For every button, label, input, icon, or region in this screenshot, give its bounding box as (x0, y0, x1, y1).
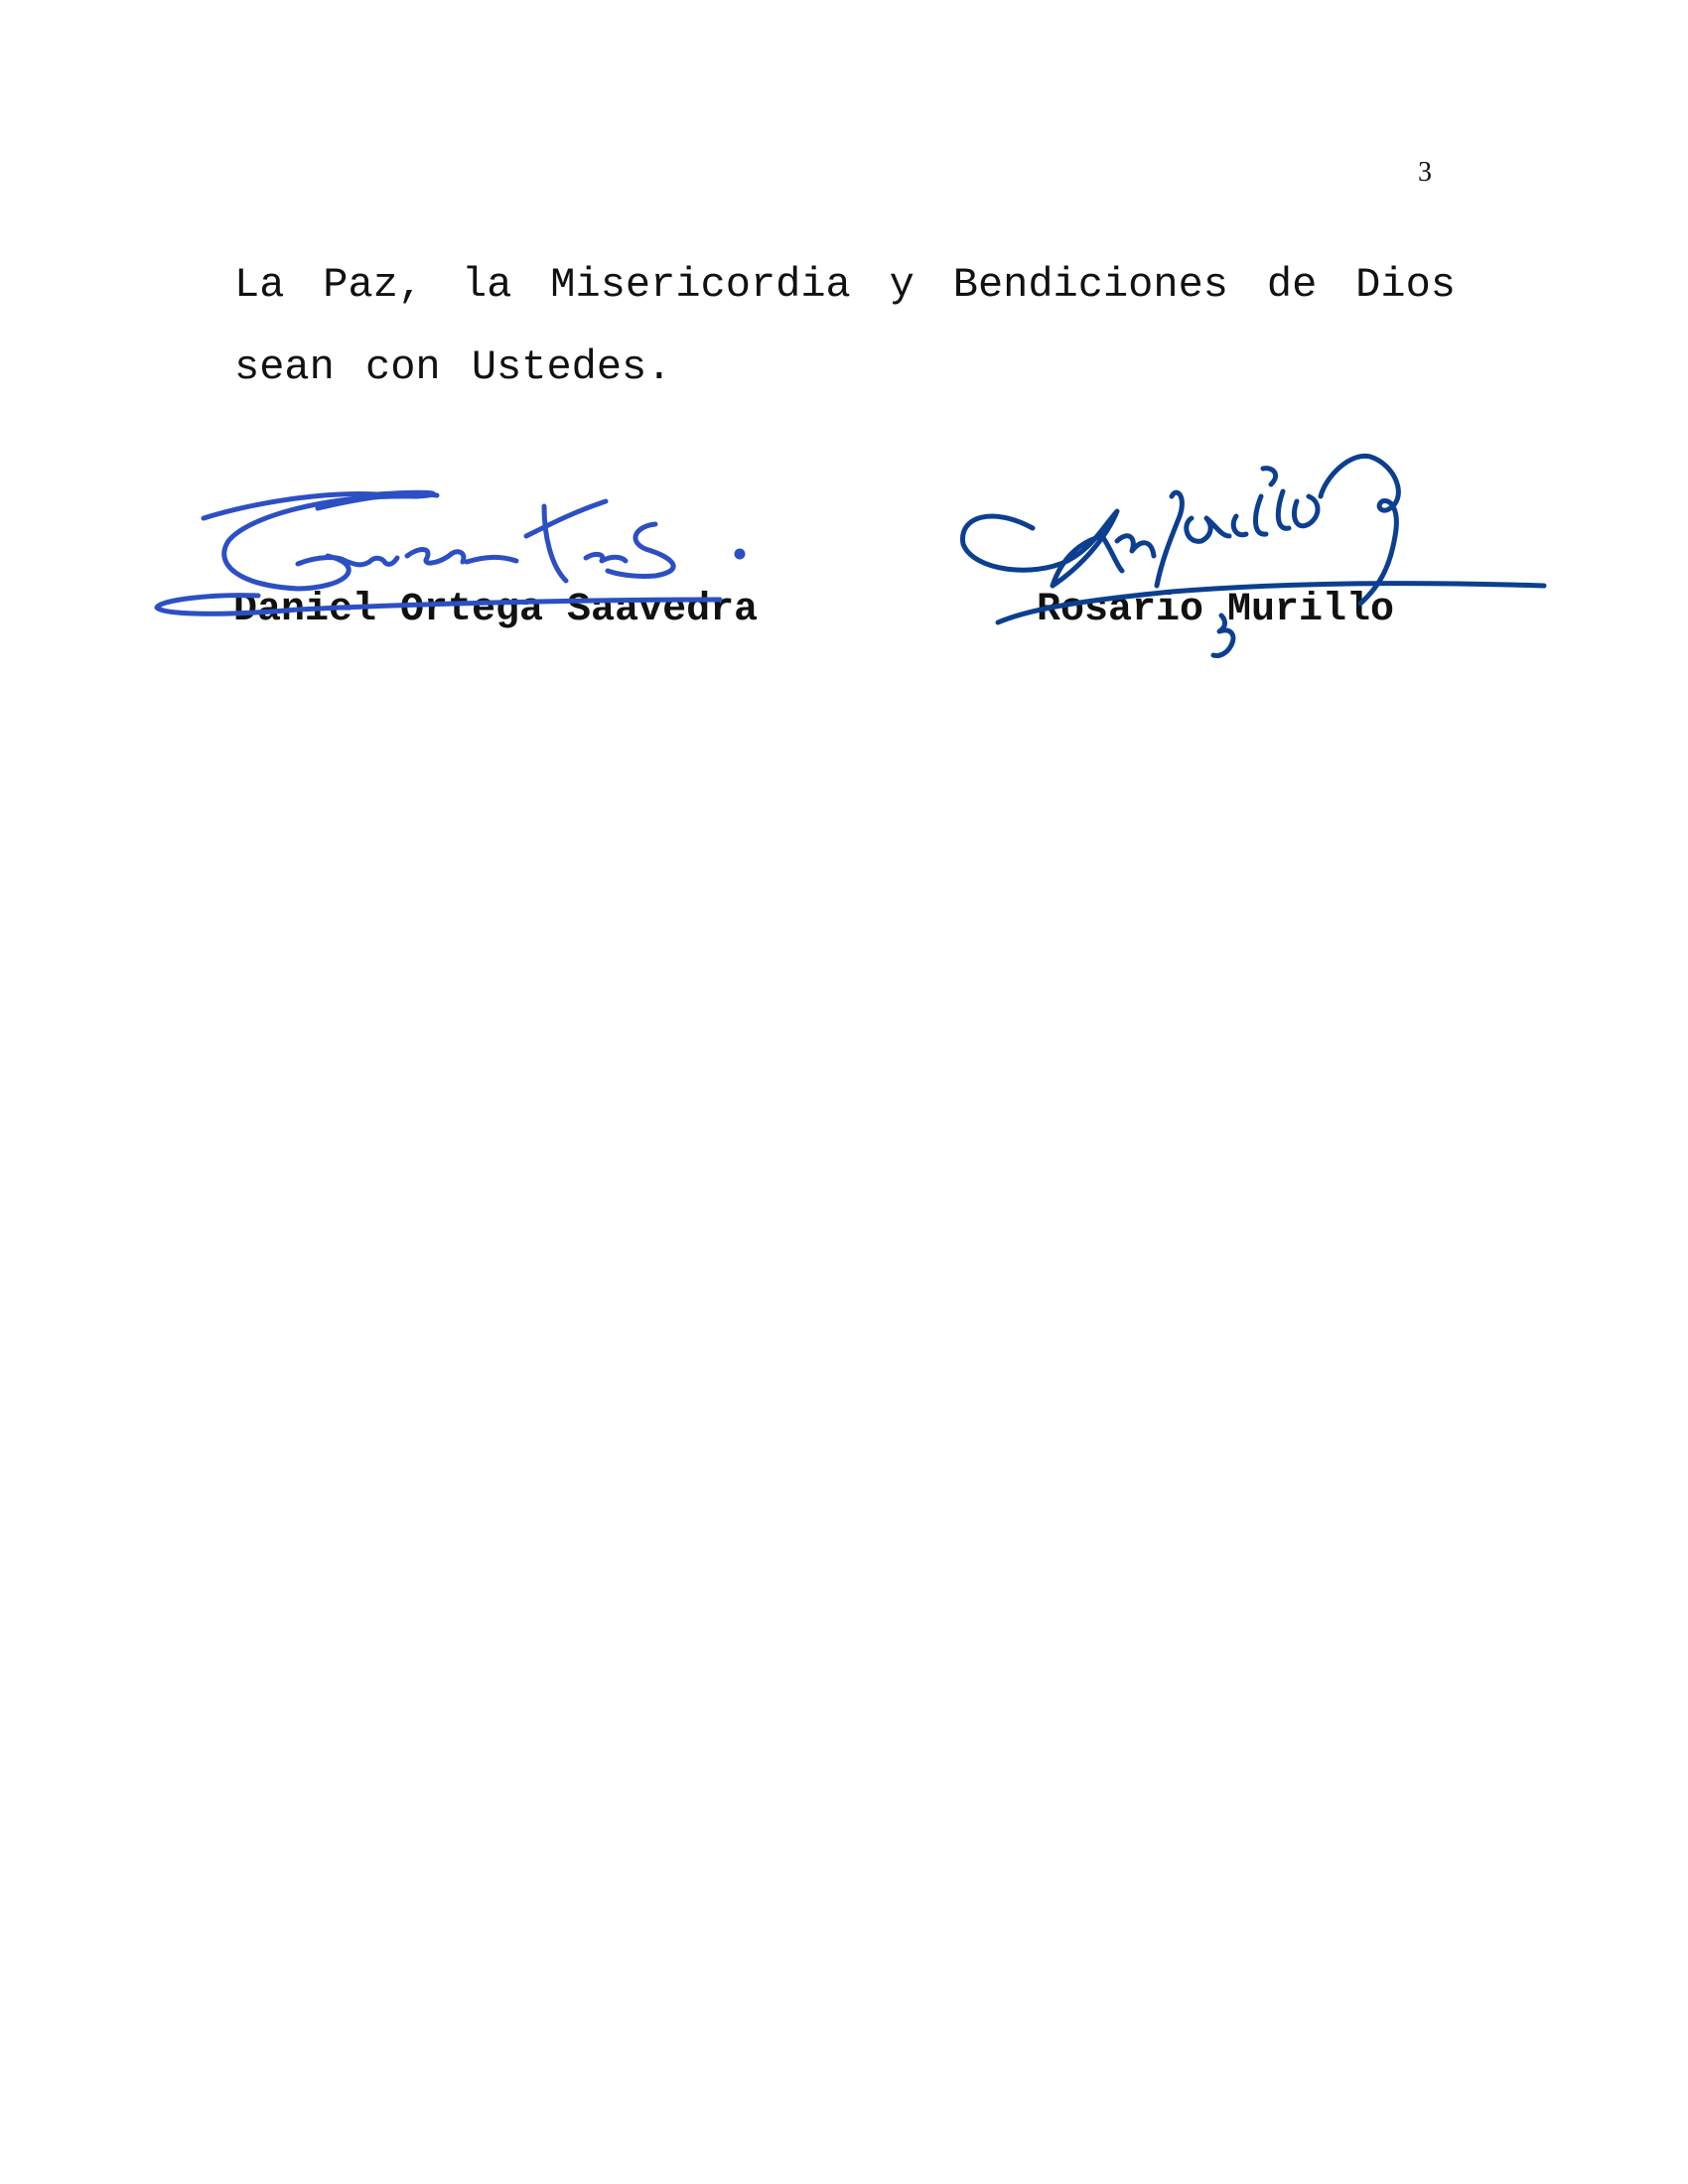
page-number: 3 (1418, 157, 1432, 189)
signatory-name-murillo: Rosario Murillo (1037, 588, 1394, 632)
signatory-name-ortega: Daniel Ortega Saavedra (233, 588, 758, 632)
closing-paragraph: La Paz, la Misericordia y Bendiciones de… (234, 244, 1456, 409)
